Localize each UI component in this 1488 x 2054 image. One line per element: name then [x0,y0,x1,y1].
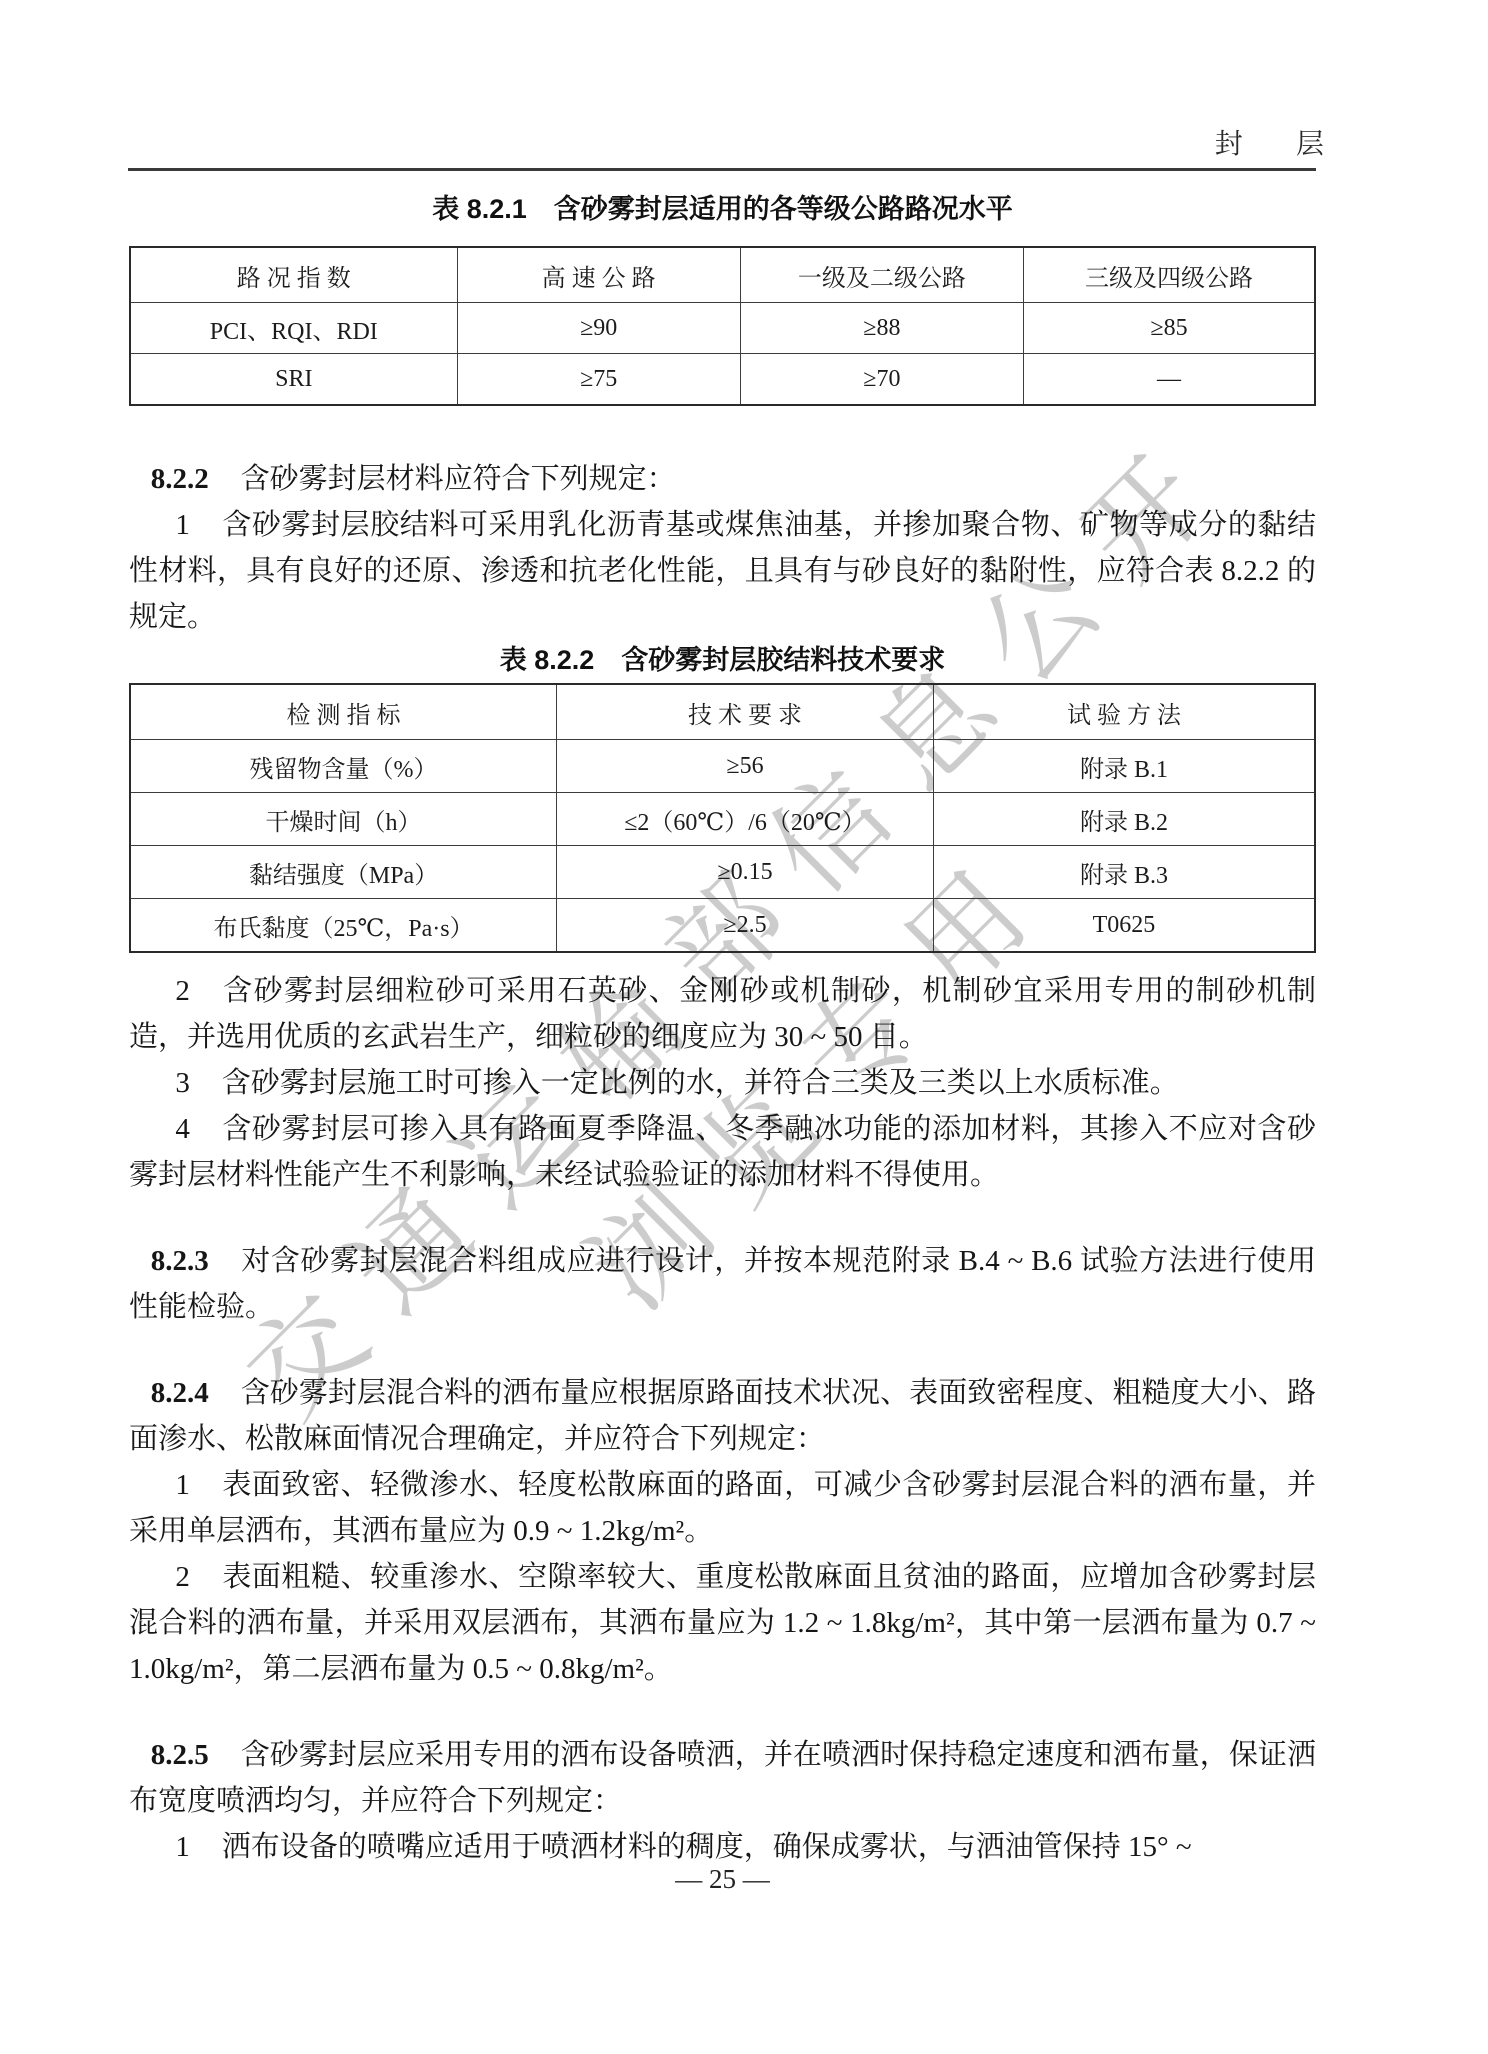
item-text: 含砂雾封层细粒砂可采用石英砂、金刚砂或机制砂，机制砂宜采用专用的制砂机制造，并选… [129,975,1316,1053]
table-row: 布氏黏度（25℃，Pa·s） ≥2.5 T0625 [130,899,1315,953]
table-cell: ≥2.5 [557,899,934,953]
item-number: 2 [175,1561,190,1593]
table-header-cell: 高 速 公 路 [457,247,740,303]
item-text: 含砂雾封层可掺入具有路面夏季降温、冬季融冰功能的添加材料，其掺入不应对含砂雾封层… [129,1113,1316,1191]
table-header-cell: 试 验 方 法 [933,684,1315,740]
clause-8.2.2-item-4: 4含砂雾封层可掺入具有路面夏季降温、冬季融冰功能的添加材料，其掺入不应对含砂雾封… [129,1106,1316,1198]
table-cell: 残留物含量（%） [130,740,557,793]
document-page: 交通运输部信息公开 浏览专用 封 层 表 8.2.1 含砂雾封层适用的各等级公路… [0,0,1488,2054]
clause-8.2.2-item-1: 1含砂雾封层胶结料可采用乳化沥青基或煤焦油基，并掺加聚合物、矿物等成分的黏结性材… [129,502,1316,640]
clause-text: 含砂雾封层材料应符合下列规定： [241,463,676,495]
clause-number: 8.2.2 [151,463,209,495]
table-header-cell: 一级及二级公路 [740,247,1023,303]
table-cell: ≥75 [457,354,740,406]
clause-8.2.4-item-2: 2表面粗糙、较重渗水、空隙率较大、重度松散麻面且贫油的路面，应增加含砂雾封层混合… [129,1554,1316,1692]
item-text: 含砂雾封层施工时可掺入一定比例的水，并符合三类及三类以上水质标准。 [222,1067,1179,1099]
item-number: 3 [175,1067,190,1099]
clause-8.2.3: 8.2.3对含砂雾封层混合料组成应进行设计，并按本规范附录 B.4 ~ B.6 … [129,1238,1316,1330]
table-cell: ≥88 [740,303,1023,354]
table-cell: — [1023,354,1315,406]
table-cell: ≥85 [1023,303,1315,354]
table-header-cell: 检 测 指 标 [130,684,557,740]
page-content: 表 8.2.1 含砂雾封层适用的各等级公路路况水平 路 况 指 数 高 速 公 … [129,0,1316,1870]
table-cell: 附录 B.1 [933,740,1315,793]
table-cell: ≥0.15 [557,846,934,899]
table-header-cell: 路 况 指 数 [130,247,457,303]
table-cell: 附录 B.3 [933,846,1315,899]
table-row: SRI ≥75 ≥70 — [130,354,1315,406]
item-number: 2 [175,975,190,1007]
table-cell: 布氏黏度（25℃，Pa·s） [130,899,557,953]
table-header-row: 检 测 指 标 技 术 要 求 试 验 方 法 [130,684,1315,740]
page-number: — 25 — [129,1864,1316,1895]
table-header-row: 路 况 指 数 高 速 公 路 一级及二级公路 三级及四级公路 [130,247,1315,303]
table-cell: ≤2（60℃）/6（20℃） [557,793,934,846]
table-cell: ≥70 [740,354,1023,406]
table-header-cell: 三级及四级公路 [1023,247,1315,303]
table-cell: 黏结强度（MPa） [130,846,557,899]
clause-8.2.5: 8.2.5含砂雾封层应采用专用的洒布设备喷洒，并在喷洒时保持稳定速度和洒布量，保… [129,1732,1316,1824]
clause-8.2.4-item-1: 1表面致密、轻微渗水、轻度松散麻面的路面，可减少含砂雾封层混合料的洒布量，并采用… [129,1462,1316,1554]
table-8.2.2: 检 测 指 标 技 术 要 求 试 验 方 法 残留物含量（%） ≥56 附录 … [129,683,1316,953]
table-row: PCI、RQI、RDI ≥90 ≥88 ≥85 [130,303,1315,354]
item-number: 1 [175,509,190,541]
table-cell: 干燥时间（h） [130,793,557,846]
table-cell: ≥90 [457,303,740,354]
item-number: 1 [175,1831,190,1863]
clause-text: 含砂雾封层混合料的洒布量应根据原路面技术状况、表面致密程度、粗糙度大小、路面渗水… [129,1377,1316,1455]
item-text: 表面粗糙、较重渗水、空隙率较大、重度松散麻面且贫油的路面，应增加含砂雾封层混合料… [129,1561,1316,1685]
clause-8.2.4: 8.2.4含砂雾封层混合料的洒布量应根据原路面技术状况、表面致密程度、粗糙度大小… [129,1370,1316,1462]
table-row: 干燥时间（h） ≤2（60℃）/6（20℃） 附录 B.2 [130,793,1315,846]
table-8.2.2-caption: 表 8.2.2 含砂雾封层胶结料技术要求 [129,643,1316,677]
table-header-cell: 技 术 要 求 [557,684,934,740]
table-8.2.1-caption: 表 8.2.1 含砂雾封层适用的各等级公路路况水平 [129,192,1316,226]
clause-text: 含砂雾封层应采用专用的洒布设备喷洒，并在喷洒时保持稳定速度和洒布量，保证洒布宽度… [129,1739,1316,1817]
item-text: 表面致密、轻微渗水、轻度松散麻面的路面，可减少含砂雾封层混合料的洒布量，并采用单… [129,1469,1316,1547]
item-text: 含砂雾封层胶结料可采用乳化沥青基或煤焦油基，并掺加聚合物、矿物等成分的黏结性材料… [129,509,1316,633]
clause-8.2.2: 8.2.2含砂雾封层材料应符合下列规定： [129,456,1316,502]
item-number: 1 [175,1469,190,1501]
table-cell: 附录 B.2 [933,793,1315,846]
clause-text: 对含砂雾封层混合料组成应进行设计，并按本规范附录 B.4 ~ B.6 试验方法进… [129,1245,1316,1323]
clause-8.2.2-item-3: 3含砂雾封层施工时可掺入一定比例的水，并符合三类及三类以上水质标准。 [129,1060,1316,1106]
table-cell: T0625 [933,899,1315,953]
clause-number: 8.2.5 [151,1739,209,1771]
table-8.2.1: 路 况 指 数 高 速 公 路 一级及二级公路 三级及四级公路 PCI、RQI、… [129,246,1316,406]
table-cell: SRI [130,354,457,406]
table-row: 黏结强度（MPa） ≥0.15 附录 B.3 [130,846,1315,899]
table-cell: PCI、RQI、RDI [130,303,457,354]
table-cell: ≥56 [557,740,934,793]
clause-number: 8.2.3 [151,1245,209,1277]
clause-8.2.2-item-2: 2含砂雾封层细粒砂可采用石英砂、金刚砂或机制砂，机制砂宜采用专用的制砂机制造，并… [129,968,1316,1060]
item-number: 4 [175,1113,190,1145]
clause-number: 8.2.4 [151,1377,209,1409]
item-text: 洒布设备的喷嘴应适用于喷洒材料的稠度，确保成雾状，与洒油管保持 15° ~ [222,1831,1192,1863]
table-row: 残留物含量（%） ≥56 附录 B.1 [130,740,1315,793]
